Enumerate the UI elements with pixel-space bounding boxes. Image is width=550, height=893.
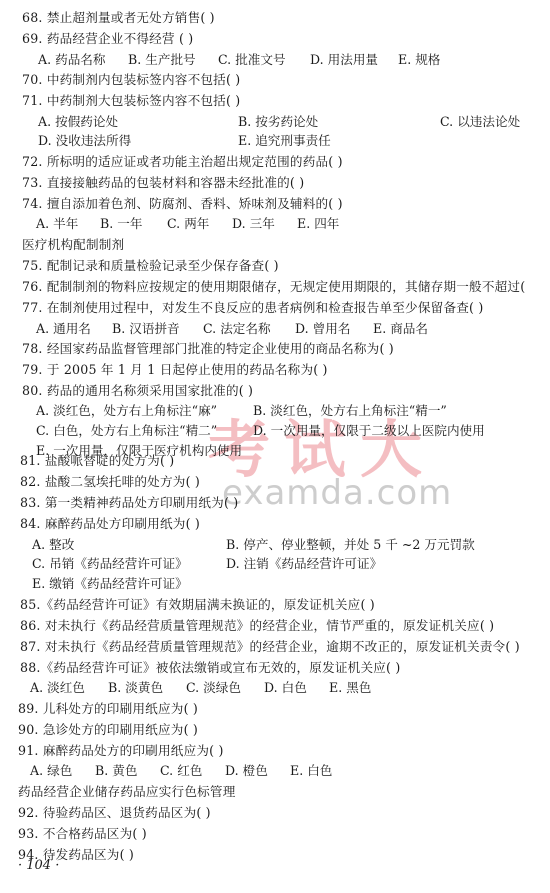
answer-option-84c: C. 吊销《药品经营许可证》: [32, 556, 188, 572]
answer-option-84b: B. 停产、停业整顿，并处 5 千 ~2 万元罚款: [226, 537, 475, 553]
answer-option-71c: C. 以违法论处: [440, 114, 520, 130]
answer-option-88b: B. 淡黄色: [108, 680, 163, 696]
answer-option-91b: B. 黄色: [95, 763, 137, 779]
answer-option-74c: C. 两年: [167, 216, 209, 232]
answer-option-69a: A. 药品名称: [38, 52, 105, 68]
answer-option-71b: B. 按劣药论处: [238, 114, 318, 130]
question-77: 77. 在制剂使用过程中，对发生不良反应的患者病例和检查报告单至少保留备查( ): [22, 300, 483, 316]
answer-option-80a: A. 淡红色，处方右上角标注“麻”: [36, 403, 217, 419]
answer-option-69b: B. 生产批号: [128, 52, 196, 68]
question-91: 91. 麻醉药品处方的印刷用纸应为( ): [18, 743, 224, 759]
answer-option-77d: D. 曾用名: [295, 321, 350, 337]
answer-option-84a: A. 整改: [32, 537, 74, 553]
question-89: 89. 儿科处方的印刷用纸应为( ): [18, 701, 198, 717]
question-88: 88.《药品经营许可证》被依法缴销或宣布无效的，原发证机关应( ): [20, 660, 401, 676]
answer-option-69c: C. 批准文号: [218, 52, 286, 68]
question-74: 74. 擅自添加着色剂、防腐剂、香料、矫味剂及辅料的( ): [22, 196, 343, 212]
question-92: 92. 待验药品区、退货药品区为( ): [18, 805, 211, 821]
answer-option-91c: C. 红色: [160, 763, 202, 779]
answer-option-69d: D. 用法用量: [310, 52, 378, 68]
question-70: 70. 中药制剂内包装标签内容不包括( ): [22, 72, 240, 88]
question-85: 85.《药品经营许可证》有效期届满未换证的，原发证机关应( ): [20, 597, 375, 613]
answer-option-69e: E. 规格: [398, 52, 440, 68]
answer-option-77e: E. 商品名: [373, 321, 428, 337]
question-69: 69. 药品经营企业不得经营 ( ): [22, 31, 193, 47]
question-82: 82. 盐酸二氢埃托啡的处方为( ): [20, 474, 200, 490]
answer-option-80d: D. 一次用量，仅限于二级以上医院内使用: [253, 423, 485, 439]
question-78: 78. 经国家药品监督管理部门批准的特定企业使用的商品名称为( ): [22, 341, 394, 357]
question-86: 86. 对未执行《药品经营质量管理规范》的经营企业，情节严重的，原发证机关应( …: [20, 618, 494, 634]
answer-option-91d: D. 橙色: [225, 763, 268, 779]
answer-option-80c: C. 白色，处方右上角标注“精二”: [36, 423, 217, 439]
question-73: 73. 直接接触药品的包装材料和容器未经批准的( ): [22, 175, 304, 191]
answer-option-88c: C. 淡绿色: [186, 680, 241, 696]
question-84: 84. 麻醉药品处方印刷用纸为( ): [20, 516, 200, 532]
answer-option-74a: A. 半年: [36, 216, 78, 232]
answer-option-88a: A. 淡红色: [30, 680, 85, 696]
question-71: 71. 中药制剂大包装标签内容不包括( ): [22, 93, 240, 109]
answer-option-71a: A. 按假药论处: [38, 114, 118, 130]
question-94: 94. 待发药品区为( ): [18, 847, 134, 863]
answer-option-84e: E. 缴销《药品经营许可证》: [32, 576, 188, 592]
answer-option-74b: B. 一年: [100, 216, 142, 232]
answer-option-88d: D. 白色: [264, 680, 307, 696]
section-heading: 药品经营企业储存药品应实行色标管理: [18, 784, 236, 800]
question-75: 75. 配制记录和质量检验记录至少保存备查( ): [22, 258, 279, 274]
answer-option-71d: D. 没收违法所得: [38, 133, 131, 149]
answer-option-74e: E. 四年: [297, 216, 339, 232]
answer-option-88e: E. 黑色: [329, 680, 371, 696]
question-90: 90. 急诊处方的印刷用纸应为( ): [18, 722, 198, 738]
answer-option-74d: D. 三年: [232, 216, 275, 232]
question-79: 79. 于 2005 年 1 月 1 日起停止使用的药品名称为( ): [22, 362, 328, 378]
answer-option-80b: B. 淡红色，处方右上角标注“精一”: [253, 403, 447, 419]
answer-option-80e: E. 一次用量，仅限于医疗机构内使用: [36, 443, 242, 459]
question-72: 72. 所标明的适应证或者功能主治超出规定范围的药品( ): [22, 154, 343, 170]
answer-option-77c: C. 法定名称: [203, 321, 271, 337]
watermark-url: examda.com: [222, 475, 452, 511]
answer-option-71e: E. 追究刑事责任: [238, 133, 331, 149]
question-87: 87. 对未执行《药品经营质量管理规范》的经营企业，逾期不改正的，原发证机关责令…: [20, 639, 520, 655]
answer-option-91e: E. 白色: [290, 763, 332, 779]
question-76: 76. 配制制剂的物料应按规定的使用期限储存，无规定使用期限的，其储存期一般不超…: [22, 279, 525, 295]
answer-option-77a: A. 通用名: [36, 321, 91, 337]
answer-option-77b: B. 汉语拼音: [112, 321, 180, 337]
section-heading: 医疗机构配制制剂: [22, 237, 124, 253]
document-page: 考试大 examda.com · 104 · 68. 禁止超剂量或者无处方销售(…: [0, 0, 550, 893]
question-68: 68. 禁止超剂量或者无处方销售( ): [22, 10, 215, 26]
question-80: 80. 药品的通用名称须采用国家批准的( ): [22, 383, 253, 399]
question-83: 83. 第一类精神药品处方印刷用纸为( ): [20, 495, 238, 511]
answer-option-91a: A. 绿色: [30, 763, 72, 779]
answer-option-84d: D. 注销《药品经营许可证》: [226, 556, 382, 572]
question-93: 93. 不合格药品区为( ): [18, 826, 147, 842]
